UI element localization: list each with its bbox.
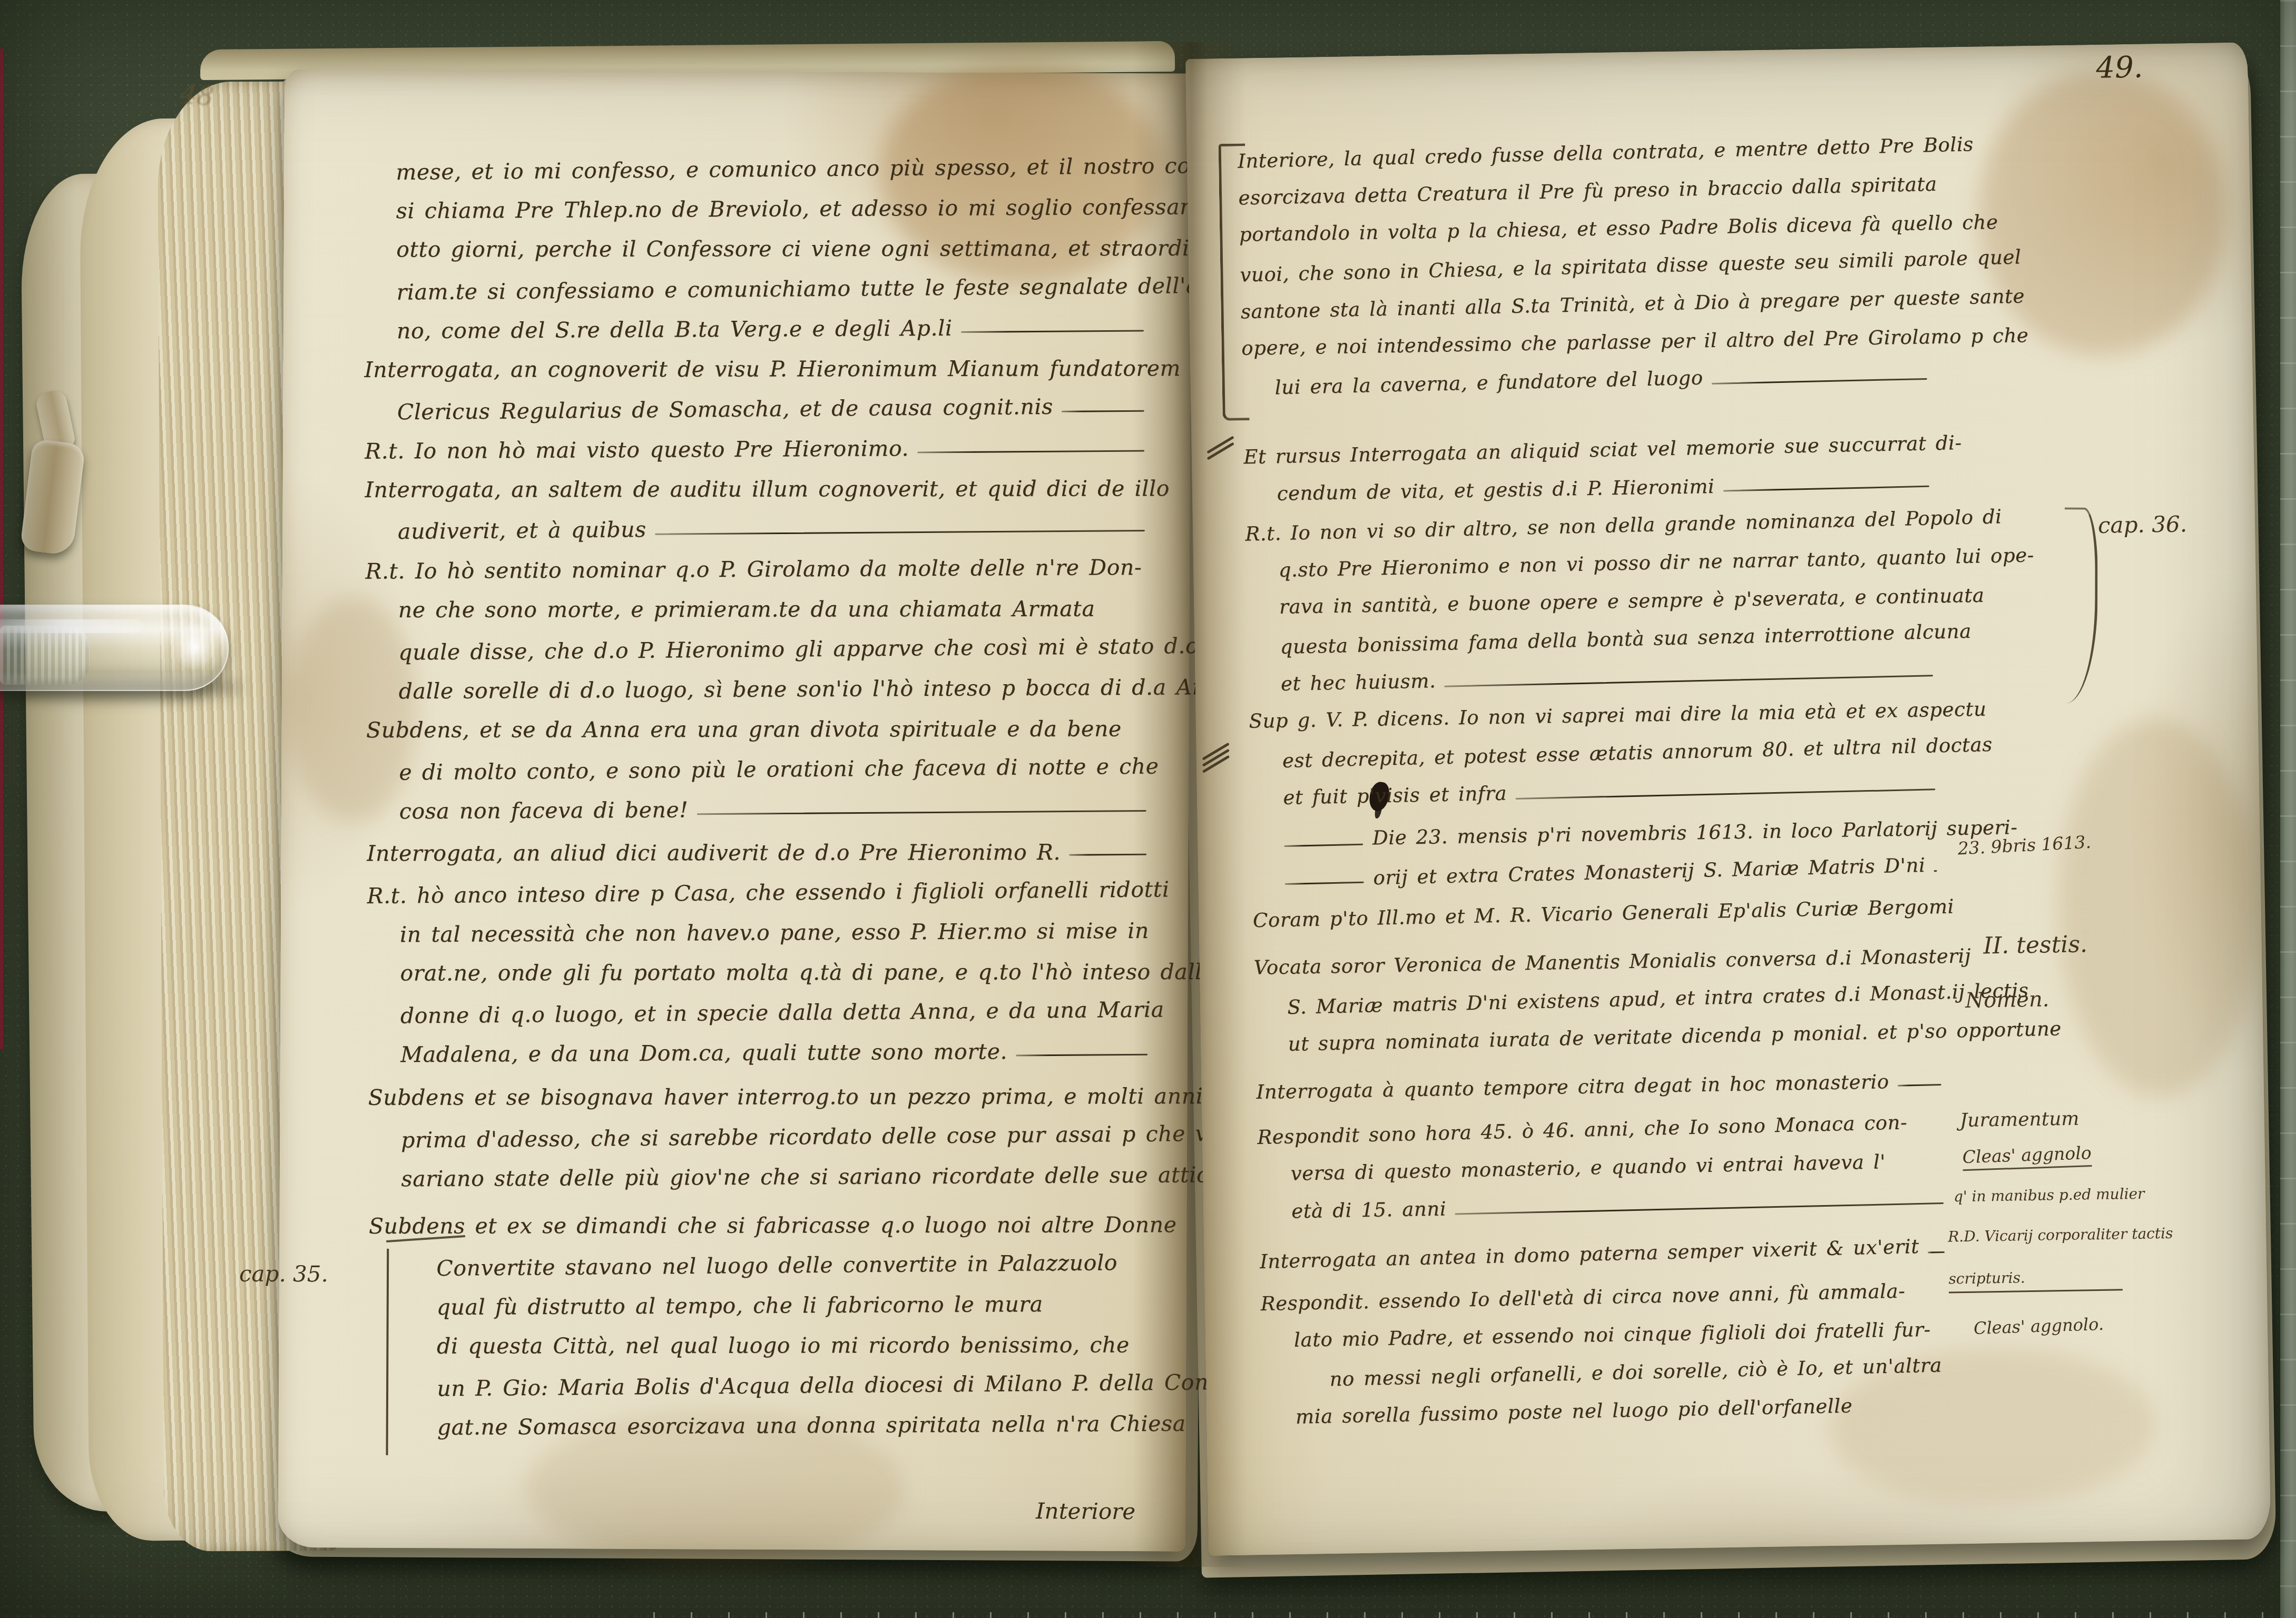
manuscript-text: gat.ne Somasca esorcizava una donna spir… [437, 1411, 1186, 1440]
manuscript-line: Convertite stavano nel luogo delle conve… [369, 1251, 1154, 1295]
manuscript-line: donne di q.o luogo, et in specie dalla d… [368, 998, 1153, 1042]
filler-rule [1445, 675, 1934, 687]
filler-rule [1285, 882, 1364, 885]
manuscript-text: di questa Città, nel qual luogo io mi ri… [437, 1332, 1130, 1358]
manuscript-line: no, come del S.re della B.ta Verg.e e de… [364, 314, 1149, 359]
manuscript-text: donne di q.o luogo, et in specie dalla d… [400, 997, 1164, 1028]
manuscript-line: Interrogata, an saltem de auditu illum c… [365, 475, 1150, 519]
manuscript-text: et hec huiusm. [1281, 669, 1436, 695]
left-page: mese, et io mi confesso, e comunico anco… [278, 70, 1192, 1551]
manuscript-line: sariano state delle più giov'ne che si s… [368, 1162, 1153, 1207]
manuscript-text: otto giorni, perche il Confessore ci vie… [396, 235, 1224, 262]
margin-note-juramentum: Juramentum [1960, 1108, 2079, 1132]
page-number: 49. [2096, 50, 2143, 85]
filler-rule [1723, 486, 1929, 492]
manuscript-text: Die 23. mensis p'ri novembris 1613. in l… [1372, 816, 2018, 849]
manuscript-line: mese, et io mi confesso, e comunico anco… [363, 154, 1148, 199]
manuscript-text: no, come del S.re della B.ta Verg.e e de… [397, 315, 953, 344]
filler-rule [1016, 1054, 1147, 1057]
paper-stain [1976, 69, 2228, 357]
filler-rule [1455, 1202, 1944, 1215]
filler-rule [655, 530, 1145, 535]
manuscript-line: orat.ne, onde gli fu portato molta q.tà … [367, 958, 1152, 1002]
manuscript-text: riam.te si confessiamo e comunichiamo tu… [396, 273, 1221, 305]
paper-stain [2055, 716, 2261, 1099]
right-page: 49. Interiore, la qual credo fusse della… [1185, 42, 2271, 1555]
manuscript-text: età di 15. anni [1291, 1197, 1447, 1222]
manuscript-line: Subdens, et se da Anna era una gran divo… [366, 715, 1151, 759]
manuscript-line: Clericus Regularius de Somascha, et de c… [365, 394, 1150, 439]
manuscript-text: qual fù distrutto al tempo, che li fabri… [437, 1291, 1043, 1320]
manuscript-text: Interiore, la qual credo fusse della con… [1238, 133, 1974, 172]
margin-note-chapter: cap. 35. [239, 1261, 328, 1287]
ruler-ticks [653, 1612, 2282, 1618]
manuscript-scan-photo: mese, et io mi confesso, e comunico anco… [0, 0, 2296, 1618]
filler-rule [917, 450, 1144, 453]
margin-note-in-manibus: q' in manibus p.ed mulier [1954, 1185, 2145, 1206]
manuscript-line: Madalena, e da una Dom.ca, quali tutte s… [368, 1038, 1153, 1082]
manuscript-line: si chiama Pre Thlep.no de Breviolo, et a… [364, 194, 1149, 239]
manuscript-text: Clericus Regularius de Somascha, et de c… [397, 394, 1053, 425]
glass-weight [0, 605, 229, 691]
manuscript-text: Vocata soror Veronica de Manentis Monial… [1254, 944, 1971, 979]
filler-rule [1062, 410, 1144, 412]
filler-rule [696, 810, 1146, 815]
filler-rule [1069, 854, 1146, 856]
manuscript-text: prima d'adesso, che si sarebbe ricordato… [401, 1121, 1215, 1153]
manuscript-text: Subdens et ex se dimandi che si fabricas… [369, 1212, 1177, 1239]
manuscript-text: R.t. Io non hò mai visto questo Pre Hier… [365, 436, 909, 463]
manuscript-line: un P. Gio: Maria Bolis d'Acqua della dio… [369, 1371, 1154, 1415]
margin-signature: Cleas' aggnolo. [1973, 1314, 2104, 1338]
filler-rule [1928, 1251, 1945, 1254]
manuscript-line: quale disse, che d.o P. Hieronimo gli ap… [366, 635, 1151, 679]
manuscript-text: Et rursus Interrogata an aliquid sciat v… [1243, 431, 1962, 468]
manuscript-line: Interrogata, an cognoverit de visu P. Hi… [364, 354, 1149, 399]
catchword: Interiore [1036, 1498, 1135, 1524]
manuscript-text: in tal necessità che non havev.o pane, e… [400, 918, 1149, 947]
manuscript-text: si chiama Pre Thlep.no de Breviolo, et a… [396, 194, 1249, 223]
margin-note-nomen: Nomen. [1965, 987, 2049, 1012]
manuscript-line: dalle sorelle di d.o luogo, sì bene son'… [366, 675, 1151, 719]
manuscript-text: sariano state delle più giov'ne che si s… [401, 1162, 1238, 1191]
manuscript-text: Interrogata, an saltem de auditu illum c… [365, 476, 1170, 502]
margin-note-vicarij: R.D. Vicarij corporaliter tactis [1948, 1225, 2173, 1246]
manuscript-text: ne che sono morte, e primieram.te da una… [398, 596, 1095, 623]
manuscript-line: R.t. Io hò sentito nominar q.o P. Girola… [365, 555, 1150, 599]
manuscript-text: R.t. hò anco inteso dire p Casa, che ess… [367, 876, 1169, 909]
filler-rule [1712, 378, 1927, 384]
filler-rule [1898, 1084, 1941, 1087]
manuscript-text: mese, et io mi confesso, e comunico anco… [396, 152, 1286, 185]
manuscript-line: R.t. Io non hò mai visto questo Pre Hier… [365, 435, 1150, 479]
manuscript-text: Subdens et se bisognava haver interrog.t… [368, 1083, 1203, 1110]
double-slash-mark [1205, 440, 1235, 457]
manuscript-line: e di molto conto, e sono più le orationi… [366, 755, 1151, 799]
scan-edge-red-line [0, 48, 3, 1049]
manuscript-line: audiverit, et à quibus [365, 515, 1150, 559]
scanner-edge-strip [2280, 0, 2296, 1618]
manuscript-text: Interrogata an antea in domo paterna sem… [1260, 1235, 1920, 1273]
showthrough-page-number: 48 [179, 78, 215, 112]
manuscript-line: di questa Città, nel qual luogo io mi ri… [369, 1331, 1154, 1375]
manuscript-text: un P. Gio: Maria Bolis d'Acqua della dio… [437, 1369, 1254, 1401]
margin-signature: Cleas' aggnolo [1962, 1142, 2092, 1171]
manuscript-text: Subdens, et se da Anna era una gran divo… [366, 716, 1122, 743]
manuscript-line: qual fù distrutto al tempo, che li fabri… [369, 1291, 1154, 1335]
margin-bracket [386, 1249, 468, 1456]
manuscript-text: R.t. Io hò sentito nominar q.o P. Girola… [365, 555, 1142, 584]
manuscript-text: Interrogata à quanto tempore citra degat… [1256, 1070, 1889, 1103]
right-page-text: Interiore, la qual credo fusse della con… [1238, 135, 1954, 1444]
manuscript-line: Interrogata an antea in domo paterna sem… [1260, 1236, 1950, 1287]
triple-slash-mark [1201, 746, 1232, 769]
manuscript-text: et fuit p'visis et infra [1283, 782, 1507, 809]
filler-rule [1284, 844, 1363, 847]
manuscript-text: Interrogata, an aliud dici audiverit de … [367, 840, 1061, 866]
manuscript-line: prima d'adesso, che si sarebbe ricordato… [368, 1122, 1153, 1167]
manuscript-line: Subdens et ex se dimandi che si fabricas… [369, 1211, 1154, 1255]
manuscript-line: Interrogata, an aliud dici audiverit de … [367, 838, 1152, 882]
manuscript-text: Madalena, e da una Dom.ca, quali tutte s… [400, 1039, 1007, 1067]
margin-note-scripturis: scripturis. [1948, 1267, 2123, 1293]
manuscript-line: ne che sono morte, e primieram.te da una… [366, 595, 1151, 639]
manuscript-line: cosa non faceva di bene! [367, 795, 1152, 839]
margin-note-witness: II. testis. [1983, 931, 2087, 959]
manuscript-text: dalle sorelle di d.o luogo, sì bene son'… [398, 674, 1233, 704]
filler-rule [1515, 788, 1935, 800]
margin-note-chapter: cap. 36. [2098, 511, 2187, 538]
manuscript-text: orat.ne, onde gli fu portato molta q.tà … [400, 959, 1215, 986]
manuscript-text: Convertite stavano nel luogo delle conve… [436, 1250, 1117, 1281]
manuscript-text: audiverit, et à quibus [398, 517, 646, 544]
manuscript-text: cosa non faceva di bene! [399, 797, 689, 824]
manuscript-line: riam.te si confessiamo e comunichiamo tu… [364, 274, 1149, 319]
left-page-text: mese, et io mi confesso, e comunico anco… [363, 154, 1155, 1455]
manuscript-line: gat.ne Somasca esorcizava una donna spir… [370, 1411, 1155, 1455]
manuscript-line: Subdens et se bisognava haver interrog.t… [368, 1082, 1153, 1127]
manuscript-line: R.t. hò anco inteso dire p Casa, che ess… [367, 878, 1152, 922]
filler-rule [961, 330, 1144, 333]
manuscript-line: in tal necessità che non havev.o pane, e… [367, 918, 1152, 962]
manuscript-text: e di molto conto, e sono più le orationi… [399, 753, 1159, 785]
margin-bracket [2064, 507, 2098, 703]
manuscript-text: quale disse, che d.o P. Hieronimo gli ap… [398, 633, 1199, 665]
manuscript-text: Interrogata, an cognoverit de visu P. Hi… [364, 356, 1181, 382]
filler-rule [1934, 870, 1937, 872]
manuscript-line: otto giorni, perche il Confessore ci vie… [364, 234, 1149, 279]
